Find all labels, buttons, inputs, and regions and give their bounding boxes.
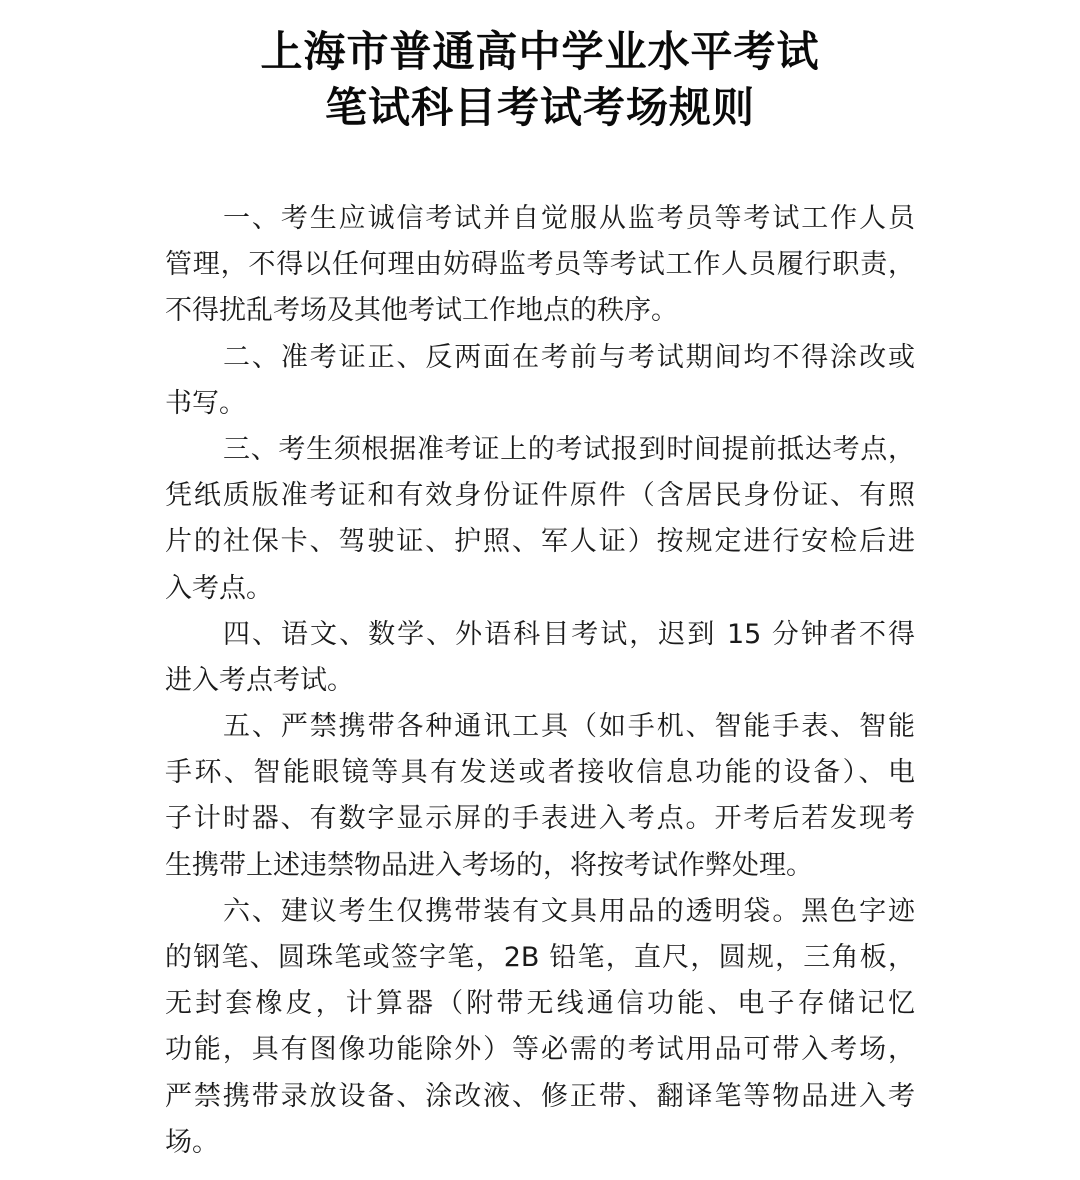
rule-paragraph-5: 五、严禁携带各种通讯工具（如手机、智能手表、智能 手环、智能眼镜等具有发送或者接…: [165, 704, 915, 889]
rule-paragraph-1: 一、考生应诚信考试并自觉服从监考员等考试工作人员 管理，不得以任何理由妨碍监考员…: [165, 196, 915, 335]
text-line: 一、考生应诚信考试并自觉服从监考员等考试工作人员: [165, 196, 915, 242]
text-line: 凭纸质版准考证和有效身份证件原件（含居民身份证、有照: [165, 473, 915, 519]
text-line: 入考点。: [165, 566, 915, 612]
text-line: 不得扰乱考场及其他考试工作地点的秩序。: [165, 288, 915, 334]
text-line: 手环、智能眼镜等具有发送或者接收信息功能的设备）、电: [165, 750, 915, 796]
text-line: 书写。: [165, 381, 915, 427]
rules-body: 一、考生应诚信考试并自觉服从监考员等考试工作人员 管理，不得以任何理由妨碍监考员…: [165, 196, 915, 1166]
text-line: 功能，具有图像功能除外）等必需的考试用品可带入考场，: [165, 1027, 915, 1073]
text-line: 片的社保卡、驾驶证、护照、军人证）按规定进行安检后进: [165, 519, 915, 565]
text-line: 四、语文、数学、外语科目考试，迟到 15 分钟者不得: [165, 612, 915, 658]
text-line: 严禁携带录放设备、涂改液、修正带、翻译笔等物品进入考: [165, 1074, 915, 1120]
text-line: 二、准考证正、反两面在考前与考试期间均不得涂改或: [165, 335, 915, 381]
text-line: 生携带上述违禁物品进入考场的，将按考试作弊处理。: [165, 843, 915, 889]
rule-paragraph-3: 三、考生须根据准考证上的考试报到时间提前抵达考点， 凭纸质版准考证和有效身份证件…: [165, 427, 915, 612]
document-title-line-1: 上海市普通高中学业水平考试: [0, 24, 1080, 80]
text-line: 子计时器、有数字显示屏的手表进入考点。开考后若发现考: [165, 796, 915, 842]
text-line: 场。: [165, 1120, 915, 1166]
text-line: 无封套橡皮，计算器（附带无线通信功能、电子存储记忆: [165, 981, 915, 1027]
text-line: 三、考生须根据准考证上的考试报到时间提前抵达考点，: [165, 427, 915, 473]
text-line: 的钢笔、圆珠笔或签字笔，2B 铅笔，直尺，圆规，三角板，: [165, 935, 915, 981]
document-title-line-2: 笔试科目考试考场规则: [0, 80, 1080, 136]
text-line: 管理，不得以任何理由妨碍监考员等考试工作人员履行职责，: [165, 242, 915, 288]
text-line: 六、建议考生仅携带装有文具用品的透明袋。黑色字迹: [165, 889, 915, 935]
text-line: 进入考点考试。: [165, 658, 915, 704]
rule-paragraph-6: 六、建议考生仅携带装有文具用品的透明袋。黑色字迹 的钢笔、圆珠笔或签字笔，2B …: [165, 889, 915, 1166]
text-line: 五、严禁携带各种通讯工具（如手机、智能手表、智能: [165, 704, 915, 750]
rule-paragraph-2: 二、准考证正、反两面在考前与考试期间均不得涂改或 书写。: [165, 335, 915, 427]
rule-paragraph-4: 四、语文、数学、外语科目考试，迟到 15 分钟者不得 进入考点考试。: [165, 612, 915, 704]
